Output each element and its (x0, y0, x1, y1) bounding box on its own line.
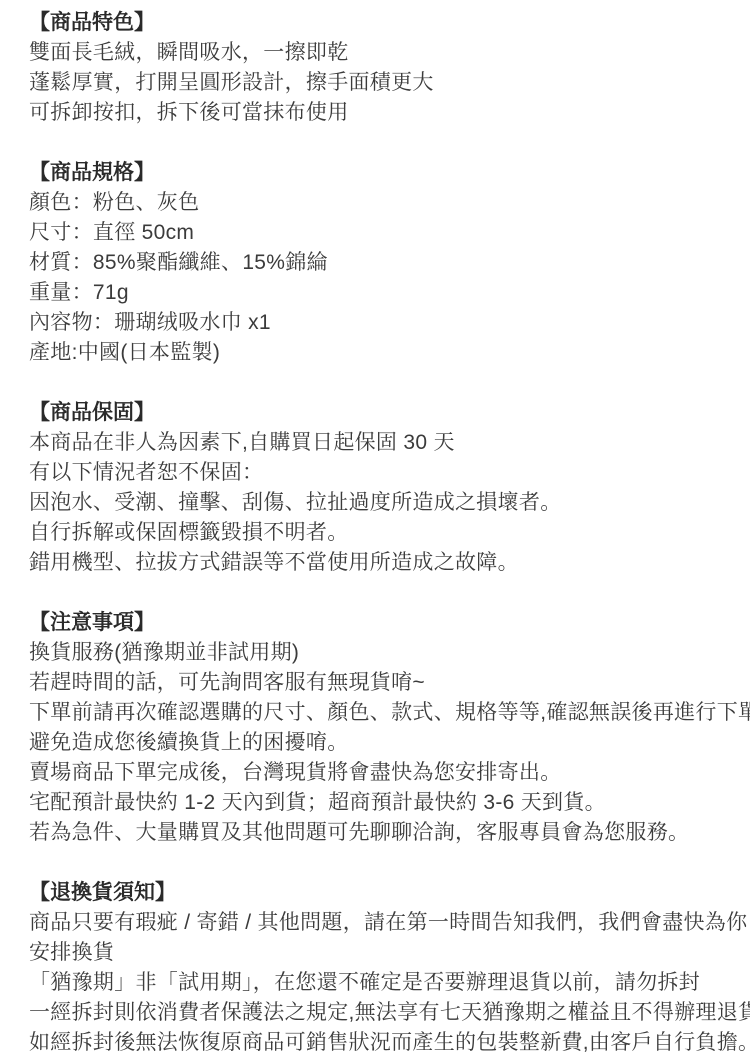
text-line: 材質：85%聚酯纖維、15%錦綸 (29, 248, 738, 278)
text-line: 宅配預計最快約 1-2 天內到貨；超商預計最快約 3-6 天到貨。 (29, 788, 738, 818)
text-line: 顏色：粉色、灰色 (29, 188, 738, 218)
text-line: 換貨服務(猶豫期並非試用期) (29, 638, 738, 668)
text-line: 可拆卸按扣，拆下後可當抹布使用 (29, 98, 738, 128)
section-title: 【商品保固】 (29, 398, 738, 428)
text-line: 雙面長毛絨，瞬間吸水，一擦即乾 (29, 38, 738, 68)
text-line: 若趕時間的話，可先詢問客服有無現貨唷~ (29, 668, 738, 698)
product-description-document: 【商品特色】雙面長毛絨，瞬間吸水，一擦即乾蓬鬆厚實，打開呈圓形設計，擦手面積更大… (0, 0, 750, 1058)
text-line: 賣場商品下單完成後，台灣現貨將會盡快為您安排寄出。 (29, 758, 738, 788)
section-0: 【商品特色】雙面長毛絨，瞬間吸水，一擦即乾蓬鬆厚實，打開呈圓形設計，擦手面積更大… (29, 8, 738, 128)
text-line: 重量：71g (29, 278, 738, 308)
text-line: 一經拆封則依消費者保護法之規定,無法享有七天猶豫期之權益且不得辦理退貨 (29, 998, 738, 1028)
text-line: 錯用機型、拉拔方式錯誤等不當使用所造成之故障。 (29, 548, 738, 578)
section-title: 【商品特色】 (29, 8, 738, 38)
text-line: 產地:中國(日本監製) (29, 338, 738, 368)
section-4: 【退換貨須知】商品只要有瑕疵 / 寄錯 / 其他問題，請在第一時間告知我們，我們… (29, 878, 738, 1058)
text-line: 內容物：珊瑚绒吸水巾 x1 (29, 308, 738, 338)
text-line: 尺寸：直徑 50cm (29, 218, 738, 248)
section-title: 【注意事項】 (29, 608, 738, 638)
text-line: 如經拆封後無法恢復原商品可銷售狀況而產生的包裝整新費,由客戶自行負擔。 (29, 1028, 738, 1058)
text-line: 自行拆解或保固標籤毀損不明者。 (29, 518, 738, 548)
text-line: 「猶豫期」非「試用期」，在您還不確定是否要辦理退貨以前，請勿拆封 (29, 968, 738, 998)
text-line: 因泡水、受潮、撞擊、刮傷、拉扯過度所造成之損壞者。 (29, 488, 738, 518)
section-1: 【商品規格】顏色：粉色、灰色尺寸：直徑 50cm材質：85%聚酯纖維、15%錦綸… (29, 158, 738, 368)
text-line: 有以下情況者恕不保固： (29, 458, 738, 488)
section-title: 【商品規格】 (29, 158, 738, 188)
section-3: 【注意事項】換貨服務(猶豫期並非試用期)若趕時間的話，可先詢問客服有無現貨唷~下… (29, 608, 738, 848)
text-line: 若為急件、大量購買及其他問題可先聊聊洽詢，客服專員會為您服務。 (29, 818, 738, 848)
text-line: 避免造成您後續換貨上的困擾唷。 (29, 728, 738, 758)
text-line: 商品只要有瑕疵 / 寄錯 / 其他問題，請在第一時間告知我們，我們會盡快為你 (29, 908, 738, 938)
section-title: 【退換貨須知】 (29, 878, 738, 908)
section-2: 【商品保固】本商品在非人為因素下,自購買日起保固 30 天有以下情況者恕不保固：… (29, 398, 738, 578)
text-line: 安排換貨 (29, 938, 738, 968)
text-line: 下單前請再次確認選購的尺寸、顏色、款式、規格等等,確認無誤後再進行下單 ， (29, 698, 738, 728)
text-line: 蓬鬆厚實，打開呈圓形設計，擦手面積更大 (29, 68, 738, 98)
text-line: 本商品在非人為因素下,自購買日起保固 30 天 (29, 428, 738, 458)
